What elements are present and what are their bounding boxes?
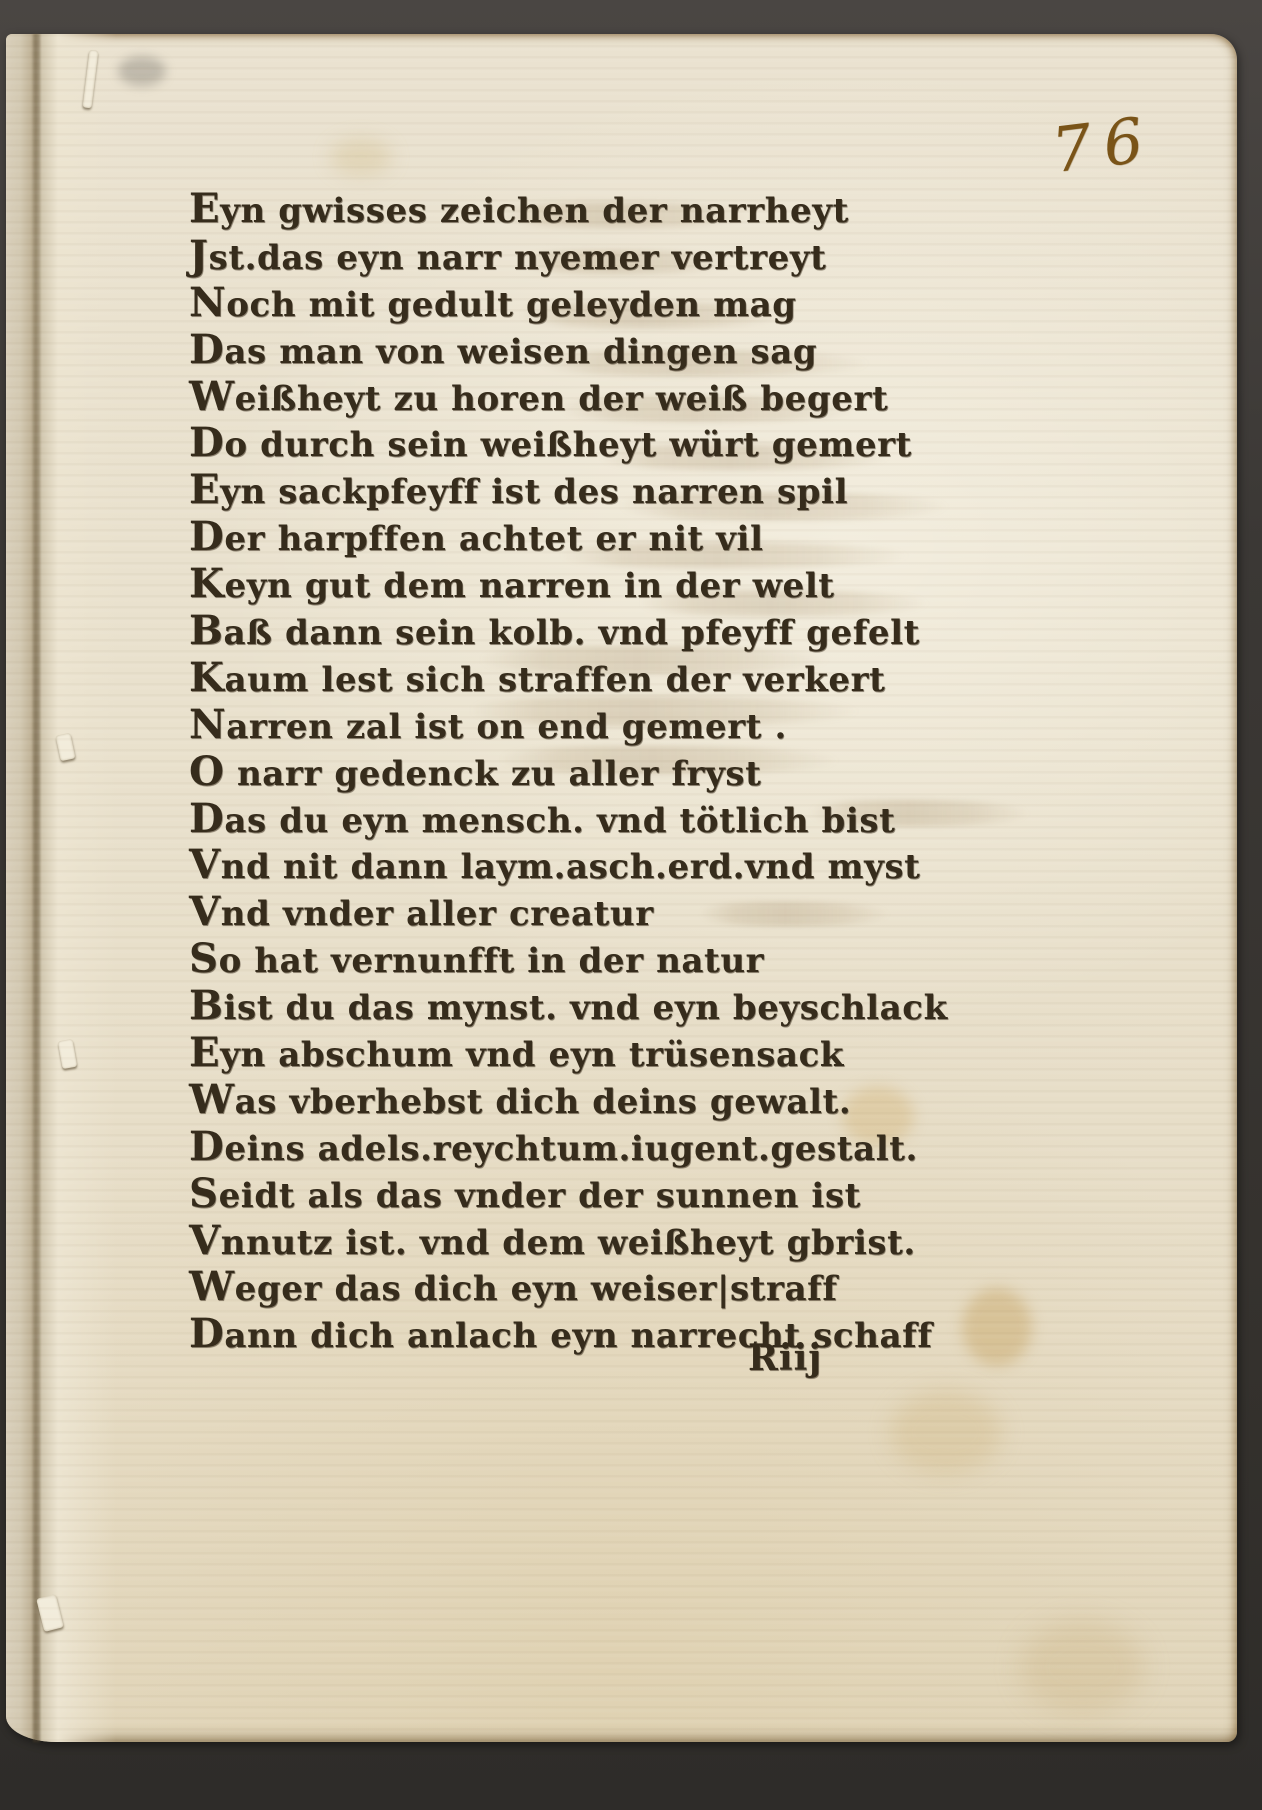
verse-line: So hat vernunfft in der natur bbox=[189, 936, 1089, 983]
verse-line: Baß dann sein kolb. vnd pfeyff gefelt bbox=[189, 608, 1089, 655]
verse-line: Keyn gut dem narren in der welt bbox=[189, 561, 1089, 608]
verse-line: Weger das dich eyn weiser|straff bbox=[189, 1264, 1089, 1311]
verse-line: Narren zal ist on end gemert . bbox=[189, 702, 1089, 749]
verse-line: O narr gedenck zu aller fryst bbox=[189, 749, 1089, 796]
binding-gutter bbox=[6, 34, 126, 1742]
verse-line: Eyn gwisses zeichen der narrheyt bbox=[189, 186, 1089, 233]
verse-line: Jst.das eyn narr nyemer vertreyt bbox=[189, 233, 1089, 280]
verse-line: Dann dich anlach eyn narrecht schaff bbox=[189, 1311, 1089, 1358]
folio-number-handwritten: 76 bbox=[1048, 102, 1159, 187]
verse-line: Der harpffen achtet er nit vil bbox=[189, 514, 1089, 561]
book-page: 76 Eyn gwisses zeichen der narrheyt Jst.… bbox=[6, 34, 1237, 1742]
verse-line: Was vberhebst dich deins gewalt. bbox=[189, 1077, 1089, 1124]
verse-line: Das man von weisen dingen sag bbox=[189, 327, 1089, 374]
verse-line: Eyn abschum vnd eyn trüsensack bbox=[189, 1030, 1089, 1077]
verse-line: Noch mit gedult geleyden mag bbox=[189, 280, 1089, 327]
scan-background: 76 Eyn gwisses zeichen der narrheyt Jst.… bbox=[0, 0, 1262, 1810]
verse-line: Weißheyt zu horen der weiß begert bbox=[189, 374, 1089, 421]
verse-line: Do durch sein weißheyt würt gemert bbox=[189, 420, 1089, 467]
verse-text-block: Eyn gwisses zeichen der narrheyt Jst.das… bbox=[189, 186, 1089, 1358]
stain bbox=[1020, 1620, 1144, 1714]
verse-line: Seidt als das vnder der sunnen ist bbox=[189, 1171, 1089, 1218]
quire-signature: Riij bbox=[748, 1337, 822, 1379]
gutter-fold-crease bbox=[33, 34, 40, 1742]
stain bbox=[330, 138, 392, 176]
verse-line: Bist du das mynst. vnd eyn beyschlack bbox=[189, 983, 1089, 1030]
verse-line: Das du eyn mensch. vnd tötlich bist bbox=[189, 796, 1089, 843]
verse-line: Deins adels.reychtum.iugent.gestalt. bbox=[189, 1124, 1089, 1171]
stain bbox=[890, 1390, 1002, 1474]
verse-line: Vnd nit dann laym.asch.erd.vnd myst bbox=[189, 842, 1089, 889]
verse-line: Vnnutz ist. vnd dem weißheyt gbrist. bbox=[189, 1218, 1089, 1265]
verse-line: Kaum lest sich straffen der verkert bbox=[189, 655, 1089, 702]
verse-line: Vnd vnder aller creatur bbox=[189, 889, 1089, 936]
verse-line: Eyn sackpfeyff ist des narren spil bbox=[189, 467, 1089, 514]
